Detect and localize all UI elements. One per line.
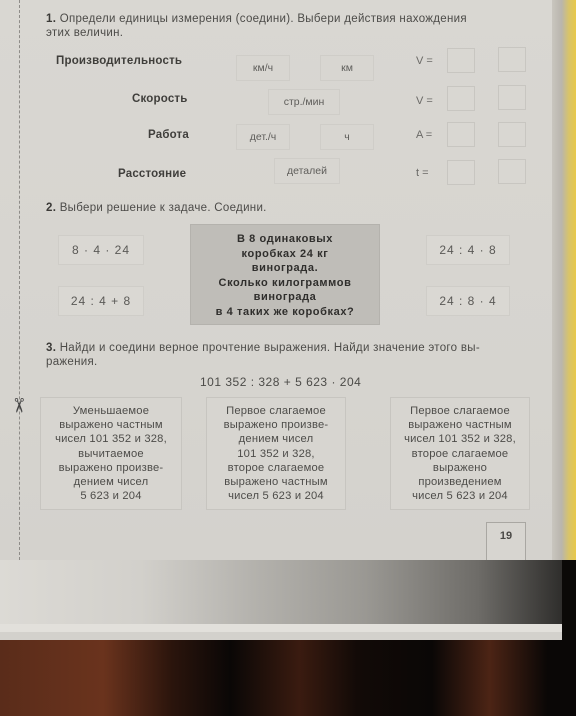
option-8x4x24[interactable]: 8 · 4 · 24 [58,235,144,265]
reading-line: произведением [391,475,529,489]
quantity-work: Работа [148,129,189,141]
task2-instruction: 2. Выбери решение к задаче. Соедини. [46,201,267,215]
task2-number: 2. [46,202,56,214]
answer-box-4b[interactable] [498,159,526,184]
task3-expression: 101 352 : 328 + 5 623 · 204 [200,375,361,389]
unit-km-per-h[interactable]: км/ч [236,55,290,81]
problem-line: Сколько килограммов [191,276,379,291]
answer-box-2b[interactable] [498,85,526,110]
reading-line: чисел 5 623 и 204 [391,489,529,503]
problem-line: винограда [191,290,379,305]
unit-parts[interactable]: деталей [274,158,340,184]
task1-instruction-line2: этих величин. [46,27,123,39]
reading-line: выражено произве- [207,418,345,432]
reading-line: чисел 5 623 и 204 [207,489,345,503]
quantity-speed: Скорость [132,93,188,105]
reading-line: выражено частным [391,418,529,432]
unit-parts-per-h[interactable]: дет./ч [236,124,290,150]
reading-line: дением чисел [207,432,345,446]
page-number: 19 [486,522,526,562]
reading-line: 101 352 и 328, [207,447,345,461]
unit-km[interactable]: км [320,55,374,81]
reading-line: выражено частным [41,418,181,432]
answer-box-4a[interactable] [447,160,475,185]
reading-line: выражено [391,461,529,475]
formula-work: A = [416,129,432,141]
answer-box-3a[interactable] [447,122,475,147]
formula-time: t = [416,167,429,179]
cut-line [19,0,20,560]
scissors-icon: ✂ [6,397,31,414]
problem-line: В 8 одинаковых [191,232,379,247]
word-problem-box: В 8 одинаковых коробках 24 кг винограда.… [190,224,380,325]
answer-box-1b[interactable] [498,47,526,72]
reading-line: выражено частным [207,475,345,489]
reading-line: чисел 101 352 и 328, [41,432,181,446]
problem-line: коробках 24 кг [191,247,379,262]
reading-line: Первое слагаемое [207,404,345,418]
reading-line: второе слагаемое [391,447,529,461]
reading-option-2[interactable]: Первое слагаемое выражено произве- дение… [206,397,346,510]
task2-instruction-text: Выбери решение к задаче. Соедини. [60,202,267,214]
task1-instruction-line1: Определи единицы измерения (соедини). Вы… [60,13,467,25]
quantity-distance: Расстояние [118,168,186,180]
formula-productivity: V = [416,55,433,67]
problem-line: в 4 таких же коробках? [191,305,379,320]
task1-number: 1. [46,13,56,25]
reading-line: 5 623 и 204 [41,489,181,503]
option-24div4x8[interactable]: 24 : 4 · 8 [426,235,510,265]
answer-box-3b[interactable] [498,122,526,147]
textbook-page: ✂ 1. Определи единицы измерения (соедини… [0,0,562,640]
formula-speed: V = [416,95,433,107]
task3-instruction-line1: Найди и соедини верное прочтение выражен… [60,342,480,354]
reading-line: дением чисел [41,475,181,489]
answer-box-1a[interactable] [447,48,475,73]
unit-hours[interactable]: ч [320,124,374,150]
reading-line: Первое слагаемое [391,404,529,418]
task3-instruction-line2: ражения. [46,356,97,368]
reading-option-3[interactable]: Первое слагаемое выражено частным чисел … [390,397,530,510]
quantity-productivity: Производительность [56,55,182,67]
reading-line: чисел 101 352 и 328, [391,432,529,446]
reading-line: вычитаемое [41,447,181,461]
page-edge [552,0,576,560]
option-24div4plus8[interactable]: 24 : 4 + 8 [58,286,144,316]
table-background [0,640,576,716]
problem-line: винограда. [191,261,379,276]
reading-line: выражено произве- [41,461,181,475]
option-24div8x4[interactable]: 24 : 8 · 4 [426,286,510,316]
reading-line: второе слагаемое [207,461,345,475]
task3-number: 3. [46,342,56,354]
task1-instruction: 1. Определи единицы измерения (соедини).… [46,12,467,40]
task3-instruction: 3. Найди и соедини верное прочтение выра… [46,341,480,369]
answer-box-2a[interactable] [447,86,475,111]
page-shadow [0,560,562,632]
reading-line: Уменьшаемое [41,404,181,418]
unit-pages-per-min[interactable]: стр./мин [268,89,340,115]
reading-option-1[interactable]: Уменьшаемое выражено частным чисел 101 3… [40,397,182,510]
